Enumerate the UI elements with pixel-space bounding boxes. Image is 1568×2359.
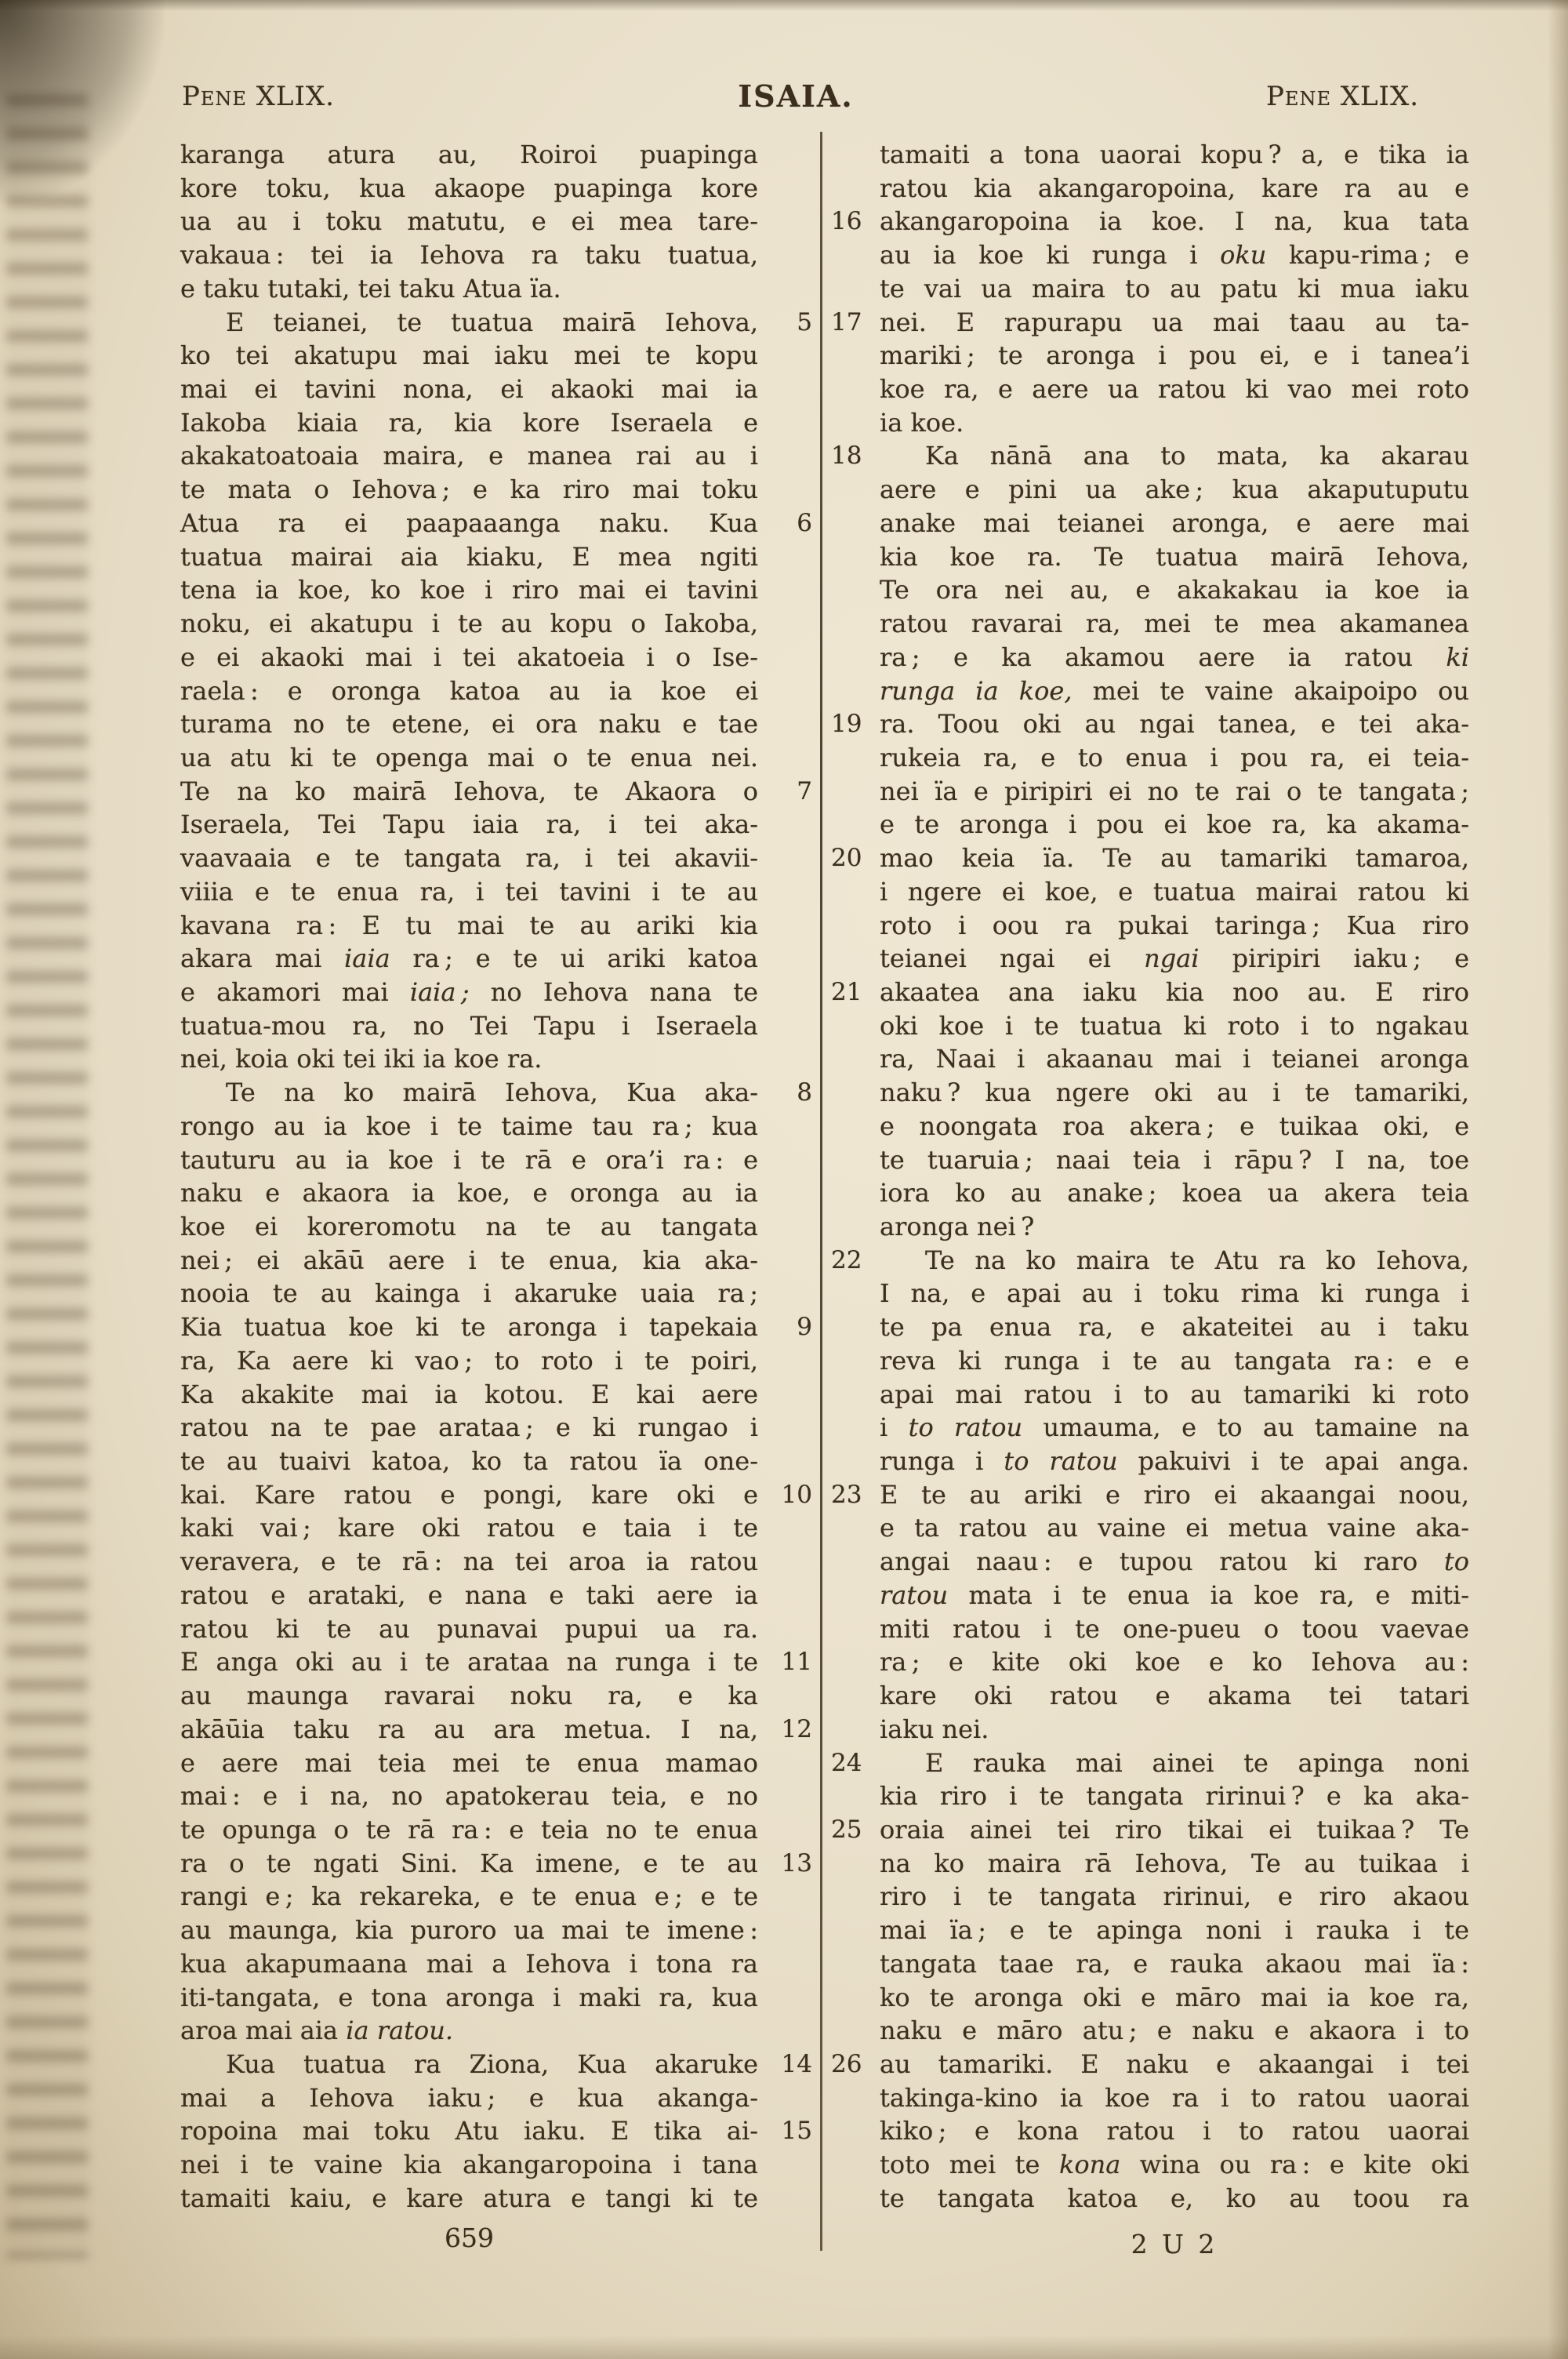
text-line: Atua ra ei paapaaanga naku. Kua: [180, 507, 758, 540]
text-line: Kia tuatua koe ki te aronga i tapekaia: [180, 1310, 758, 1344]
text-line: turama no te etene, ei ora naku e tae: [180, 707, 758, 741]
text-line: E te au ariki e riro ei akaangai noou,: [880, 1478, 1469, 1512]
verse-number: 23: [831, 1478, 886, 1512]
text-line: naku ? kua ngere oki au i te tamariki,: [880, 1076, 1469, 1110]
text-line: kia riro i te tangata ririnui ? e ka aka…: [880, 1779, 1469, 1813]
text-line: mai a Iehova iaku ; e kua akanga-: [180, 2081, 758, 2115]
verse-number: 8: [746, 1076, 812, 1110]
verse-number: 14: [746, 2048, 812, 2081]
text-line: rongo au ia koe i te taime tau ra ; kua: [180, 1110, 758, 1143]
text-line: e akamori mai iaia ; no Iehova nana te: [180, 976, 758, 1009]
text-line: i to ratou umauma, e to au tamaine na: [880, 1411, 1469, 1445]
text-line: raela : e oronga katoa au ia koe ei: [180, 674, 758, 708]
verse-number: 21: [831, 976, 886, 1009]
text-line: aroa mai aia ia ratou.: [180, 2014, 758, 2048]
verse-number: 18: [831, 439, 886, 473]
text-line: iaku nei.: [880, 1713, 1469, 1747]
page-edge-right: [1548, 0, 1568, 2359]
text-line: au ia koe ki runga i oku kapu-rima ; e: [880, 238, 1469, 272]
text-line: e noongata roa akera ; e tuikaa oki, e: [880, 1110, 1469, 1143]
text-line: ratou kia akangaropoina, kare ra au e: [880, 172, 1469, 205]
column-divider-rule: [820, 132, 822, 2251]
verse-number: 11: [746, 1645, 812, 1679]
verse-number: 6: [746, 507, 812, 540]
text-line: toto mei te kona wina ou ra : e kite oki: [880, 2148, 1469, 2182]
text-line: veravera, e te rā : na tei aroa ia ratou: [180, 1545, 758, 1579]
text-line: ra, Naai i akaanau mai i teianei aronga: [880, 1042, 1469, 1076]
verse-number: 26: [831, 2048, 886, 2081]
verse-number: 7: [746, 775, 812, 809]
text-line: e ei akaoki mai i tei akatoeia i o Ise-: [180, 641, 758, 674]
text-line: ratou ravarai ra, mei te mea akamanea: [880, 607, 1469, 641]
text-line: nei ; ei akāū aere i te enua, kia aka-: [180, 1244, 758, 1278]
text-line: ra o te ngati Sini. Ka imene, e te au: [180, 1847, 758, 1881]
text-line: mariki ; te aronga i pou ei, e i tanea’i: [880, 339, 1469, 373]
text-line: kore toku, kua akaope puapinga kore: [180, 172, 758, 205]
page-edge-bottom: [0, 2335, 1568, 2359]
verse-number: 20: [831, 841, 886, 875]
text-line: ratou e arataki, e nana e taki aere ia: [180, 1579, 758, 1612]
text-line: riro i te tangata ririnui, e riro akaou: [880, 1880, 1469, 1914]
text-line: mai ïa ; e te apinga noni i rauka i te: [880, 1914, 1469, 1947]
verse-number: 17: [831, 306, 886, 340]
verse-number: 5: [746, 306, 812, 340]
text-line: nooia te au kainga i akaruke uaia ra ;: [180, 1277, 758, 1310]
text-line: kiko ; e kona ratou i to ratou uaorai: [880, 2114, 1469, 2148]
text-line: oraia ainei tei riro tikai ei tuikaa ? T…: [880, 1813, 1469, 1847]
text-line: ko te aronga oki e māro mai ia koe ra,: [880, 1981, 1469, 2015]
text-line: Ka nānā ana to mata, ka akarau: [880, 439, 1469, 473]
text-line: noku, ei akatupu i te au kopu o Iakoba,: [180, 607, 758, 641]
text-line: ratou ki te au punavai pupui ua ra.: [180, 1612, 758, 1646]
running-head-right: Pene XLIX.: [1219, 78, 1419, 114]
text-line: nei i te vaine kia akangaropoina i tana: [180, 2148, 758, 2182]
verse-number: 19: [831, 707, 886, 741]
text-line: e taku tutaki, tei taku Atua ïa.: [180, 272, 758, 306]
text-line: kavana ra : E tu mai te au ariki kia: [180, 909, 758, 943]
text-line: tena ia koe, ko koe i riro mai ei tavini: [180, 573, 758, 607]
scanned-book-page: { "page": { "header": { "left": "Pene XL…: [0, 0, 1568, 2359]
text-line: Te na ko maira te Atu ra ko Iehova,: [880, 1244, 1469, 1278]
text-line: naku e māro atu ; e naku e akaora i to: [880, 2014, 1469, 2048]
text-line: nei ïa e piripiri ei no te rai o te tang…: [880, 775, 1469, 809]
verse-number: 12: [746, 1713, 812, 1747]
text-line: roto i oou ra pukai taringa ; Kua riro: [880, 909, 1469, 943]
text-line: ra, Ka aere ki vao ; to roto i te poiri,: [180, 1344, 758, 1378]
text-line: Iseraela, Tei Tapu iaia ra, i tei aka-: [180, 808, 758, 841]
text-line: aere e pini ua ake ; kua akaputuputu: [880, 473, 1469, 507]
text-line: au maunga, kia puroro ua mai te imene :: [180, 1914, 758, 1947]
verse-number: 15: [746, 2114, 812, 2148]
printers-signature-mark: 2 U 2: [880, 2229, 1469, 2259]
text-line: miti ratou i te one-pueu o toou vaevae: [880, 1612, 1469, 1646]
text-line: te vai ua maira to au patu ki mua iaku: [880, 272, 1469, 306]
text-line: mai ei tavini nona, ei akaoki mai ia: [180, 373, 758, 406]
text-line: akangaropoina ia koe. I na, kua tata: [880, 205, 1469, 238]
text-line: kua akapumaana mai a Iehova i tona ra: [180, 1947, 758, 1981]
text-line: kare oki ratou e akama tei tatari: [880, 1679, 1469, 1713]
text-line: runga i to ratou pakuivi i te apai anga.: [880, 1445, 1469, 1478]
text-line: tauturu au ia koe i te rā e ora’i ra : e: [180, 1143, 758, 1177]
text-line: ra ; e kite oki koe e ko Iehova au :: [880, 1645, 1469, 1679]
text-line: E anga oki au i te arataa na runga i te: [180, 1645, 758, 1679]
page-number: 659: [180, 2223, 758, 2253]
text-line: ratou na te pae arataa ; e ki rungao i: [180, 1411, 758, 1445]
verse-number: 22: [831, 1244, 886, 1278]
text-line: tuatua mairai aia kiaku, E mea ngiti: [180, 540, 758, 574]
text-line: vakaua : tei ia Iehova ra taku tuatua,: [180, 238, 758, 272]
text-line: Te na ko mairā Iehova, Kua aka-: [180, 1076, 758, 1110]
text-line: runga ia koe, mei te vaine akaipoipo ou: [880, 674, 1469, 708]
text-line: e te aronga i pou ei koe ra, ka akama-: [880, 808, 1469, 841]
text-line: koe ra, e aere ua ratou ki vao mei roto: [880, 373, 1469, 406]
text-line: au tamariki. E naku e akaangai i tei: [880, 2048, 1469, 2081]
text-line: apai mai ratou i to au tamariki ki roto: [880, 1378, 1469, 1412]
text-line: karanga atura au, Roiroi puapinga: [180, 138, 758, 172]
text-line: ratou mata i te enua ia koe ra, e miti-: [880, 1579, 1469, 1612]
text-line: akāūia taku ra au ara metua. I na,: [180, 1713, 758, 1747]
text-line: te tuaruia ; naai teia i rāpu ? I na, to…: [880, 1143, 1469, 1177]
text-line: te opunga o te rā ra : e teia no te enua: [180, 1813, 758, 1847]
text-line: e aere mai teia mei te enua mamao: [180, 1747, 758, 1780]
show-through-ghost-text: [6, 94, 88, 2259]
text-line: au maunga ravarai noku ra, e ka: [180, 1679, 758, 1713]
text-line: na ko maira rā Iehova, Te au tuikaa i: [880, 1847, 1469, 1881]
text-line: nei. E rapurapu ua mai taau au ta-: [880, 306, 1469, 340]
text-line: akakatoatoaia maira, e manea rai au i: [180, 439, 758, 473]
text-line: aronga nei ?: [880, 1210, 1469, 1244]
text-line: naku e akaora ia koe, e oronga au ia: [180, 1176, 758, 1210]
running-head-left: Pene XLIX.: [182, 78, 433, 114]
text-line: E rauka mai ainei te apinga noni: [880, 1747, 1469, 1780]
text-line: ua au i toku matutu, e ei mea tare-: [180, 205, 758, 238]
text-line: teianei ngai ei ngai piripiri iaku ; e: [880, 942, 1469, 976]
text-line: ko tei akatupu mai iaku mei te kopu: [180, 339, 758, 373]
text-line: tuatua-mou ra, no Tei Tapu i Iseraela: [180, 1009, 758, 1043]
text-line: Ka akakite mai ia kotou. E kai aere: [180, 1378, 758, 1412]
text-line: akaatea ana iaku kia noo au. E riro: [880, 976, 1469, 1009]
text-line: iora ko au anake ; koea ua akera teia: [880, 1176, 1469, 1210]
text-line: te pa enua ra, e akateitei au i taku: [880, 1310, 1469, 1344]
text-line: Kua tuatua ra Ziona, Kua akaruke: [180, 2048, 758, 2081]
text-line: iti-tangata, e tona aronga i maki ra, ku…: [180, 1981, 758, 2015]
text-line: akara mai iaia ra ; e te ui ariki katoa: [180, 942, 758, 976]
verse-number: 16: [831, 205, 886, 238]
text-line: viiia e te enua ra, i tei tavini i te au: [180, 875, 758, 909]
verse-number: 25: [831, 1813, 886, 1847]
text-line: koe ei koreromotu na te au tangata: [180, 1210, 758, 1244]
text-line: tamaiti kaiu, e kare atura e tangi ki te: [180, 2182, 758, 2215]
text-line: ra. Toou oki au ngai tanea, e tei aka-: [880, 707, 1469, 741]
text-line: kaki vai ; kare oki ratou e taia i te: [180, 1511, 758, 1545]
text-line: E teianei, te tuatua mairā Iehova,: [180, 306, 758, 340]
verse-number: 10: [746, 1478, 812, 1512]
text-line: tangata taae ra, e rauka akaou mai ïa :: [880, 1947, 1469, 1981]
text-line: te mata o Iehova ; e ka riro mai toku: [180, 473, 758, 507]
text-line: vaavaaia e te tangata ra, i tei akavii-: [180, 841, 758, 875]
text-line: nei, koia oki tei iki ia koe ra.: [180, 1042, 758, 1076]
text-line: kai. Kare ratou e pongi, kare oki e: [180, 1478, 758, 1512]
text-line: angai naau : e tupou ratou ki raro to: [880, 1545, 1469, 1579]
text-line: mai : e i na, no apatokerau teia, e no: [180, 1779, 758, 1813]
text-line: anake mai teianei aronga, e aere mai: [880, 507, 1469, 540]
text-line: Te na ko mairā Iehova, te Akaora o: [180, 775, 758, 809]
text-line: i ngere ei koe, e tuatua mairai ratou ki: [880, 875, 1469, 909]
text-line: rukeia ra, e to enua i pou ra, ei teia-: [880, 741, 1469, 775]
verse-number: 13: [746, 1847, 812, 1881]
text-line: kia koe ra. Te tuatua mairā Iehova,: [880, 540, 1469, 574]
text-line: te tangata katoa e, ko au toou ra: [880, 2182, 1469, 2215]
text-line: Iakoba kiaia ra, kia kore Iseraela e: [180, 406, 758, 440]
right-column: tamaiti a tona uaorai kopu ? a, e tika i…: [880, 138, 1469, 2215]
text-line: tamaiti a tona uaorai kopu ? a, e tika i…: [880, 138, 1469, 172]
verse-number: 9: [746, 1310, 812, 1344]
text-line: te au tuaivi katoa, ko ta ratou ïa one-: [180, 1445, 758, 1478]
left-column: karanga atura au, Roiroi puapingakore to…: [180, 138, 758, 2215]
text-line: ua atu ki te openga mai o te enua nei.: [180, 741, 758, 775]
page-edge-top: [0, 0, 1568, 11]
text-line: I na, e apai au i toku rima ki runga i: [880, 1277, 1469, 1310]
text-line: reva ki runga i te au tangata ra : e e: [880, 1344, 1469, 1378]
text-line: ropoina mai toku Atu iaku. E tika ai-: [180, 2114, 758, 2148]
text-line: e ta ratou au vaine ei metua vaine aka-: [880, 1511, 1469, 1545]
gutter-corner-shadow: [0, 0, 165, 204]
text-line: Te ora nei au, e akakakau ia koe ia: [880, 573, 1469, 607]
text-line: rangi e ; ka rekareka, e te enua e ; e t…: [180, 1880, 758, 1914]
text-line: takinga-kino ia koe ra i to ratou uaorai: [880, 2081, 1469, 2115]
verse-number: 24: [831, 1747, 886, 1780]
text-line: ra ; e ka akamou aere ia ratou ki: [880, 641, 1469, 674]
text-line: ia koe.: [880, 406, 1469, 440]
running-head-title: ISAIA.: [710, 78, 882, 114]
text-line: mao keia ïa. Te au tamariki tamaroa,: [880, 841, 1469, 875]
text-line: oki koe i te tuatua ki roto i to ngakau: [880, 1009, 1469, 1043]
